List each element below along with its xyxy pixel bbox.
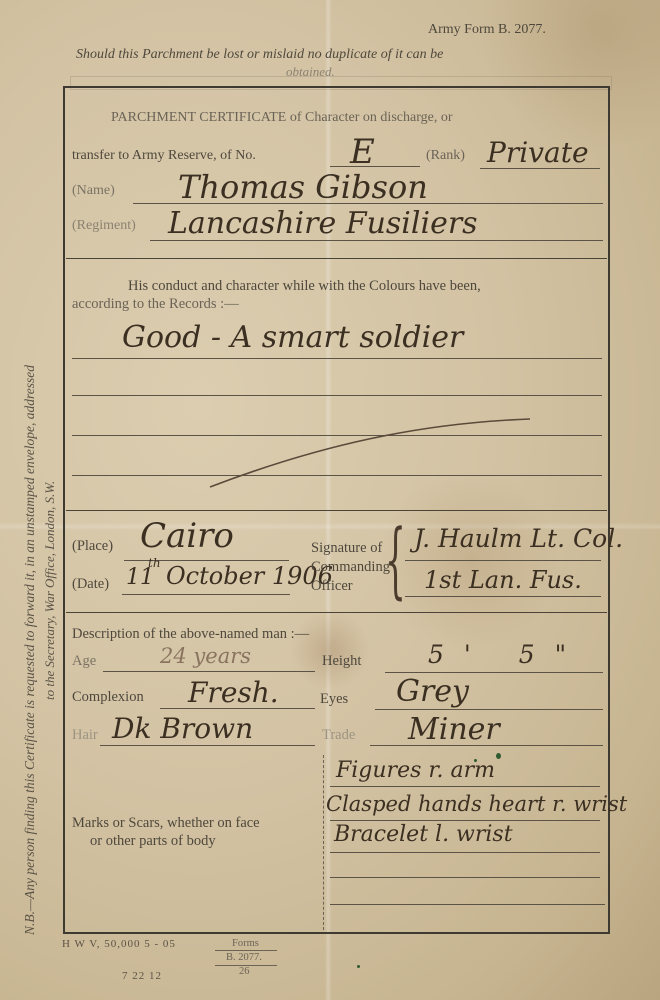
regiment-label: (Regiment)	[72, 218, 136, 234]
conduct-line-2: according to the Records :—	[72, 296, 239, 313]
footer-rule-1	[215, 950, 277, 951]
rank-label: (Rank)	[426, 148, 465, 164]
signature-brace: {	[385, 520, 406, 602]
signature-label-3: Officer	[311, 578, 353, 595]
conduct-line-1: His conduct and character while with the…	[128, 278, 481, 295]
place-value: Cairo	[140, 516, 234, 556]
hair-label: Hair	[72, 727, 98, 744]
hair-value: Dk Brown	[112, 712, 253, 745]
height-value: 5' 5"	[428, 640, 586, 669]
marks-label-2: or other parts of body	[90, 833, 216, 850]
date-value: October 1906	[166, 562, 333, 590]
name-label: (Name)	[72, 183, 115, 199]
unit-underline	[405, 596, 601, 597]
marks-underline-5	[330, 904, 605, 905]
service-number-value: E	[350, 132, 375, 172]
section-divider-1	[66, 258, 607, 259]
footer-printer: H W V, 50,000 5 - 05	[62, 938, 176, 950]
trade-label: Trade	[322, 727, 355, 744]
height-label: Height	[322, 653, 361, 670]
eyes-value: Grey	[396, 674, 469, 709]
marks-value-1: Figures r. arm	[336, 758, 495, 783]
marks-value-3: Bracelet l. wrist	[334, 822, 513, 847]
name-value: Thomas Gibson	[178, 168, 428, 206]
warning-line-1: Should this Parchment be lost or mislaid…	[76, 47, 443, 63]
cancellation-stroke	[200, 405, 540, 495]
conduct-line-a	[72, 358, 602, 359]
transfer-label: transfer to Army Reserve, of No.	[72, 148, 256, 164]
footer-forms: Forms	[232, 938, 259, 949]
warning-line-2: obtained.	[286, 64, 335, 80]
eyes-underline	[375, 709, 603, 710]
signature-value: J. Haulm Lt. Col.	[414, 524, 623, 553]
age-underline	[103, 671, 315, 672]
certificate-title: PARCHMENT CERTIFICATE of Character on di…	[111, 110, 452, 126]
footer-form-num: 26	[239, 966, 250, 977]
footer-form-ref: B. 2077.	[226, 952, 262, 963]
side-note-line-1: N.B.—Any person finding this Certificate…	[22, 365, 38, 935]
age-value: 24 years	[160, 644, 251, 668]
trade-value: Miner	[408, 712, 500, 747]
hair-underline	[100, 745, 315, 746]
section-divider-3	[66, 612, 607, 613]
marks-underline-3	[330, 852, 600, 853]
signature-underline	[405, 560, 601, 561]
marks-label-1: Marks or Scars, whether on face	[72, 815, 260, 832]
marks-underline-2	[330, 820, 600, 821]
conduct-line-b	[72, 395, 602, 396]
signature-label-1: Signature of	[311, 540, 382, 557]
form-number: Army Form B. 2077.	[428, 22, 546, 38]
age-label: Age	[72, 653, 96, 670]
footer-code: 7 22 12	[122, 970, 162, 982]
ink-spot	[496, 753, 501, 759]
marks-divider	[323, 755, 324, 930]
section-divider-2	[66, 510, 607, 511]
date-underline	[122, 594, 290, 595]
conduct-value: Good - A smart soldier	[122, 320, 463, 355]
side-note-line-2: to the Secretary, War Office, London, S.…	[42, 481, 58, 700]
number-underline	[330, 166, 420, 167]
rank-value: Private	[487, 136, 589, 169]
date-suffix: th	[148, 556, 161, 570]
eyes-label: Eyes	[320, 691, 348, 708]
place-label: (Place)	[72, 538, 113, 555]
date-label: (Date)	[72, 576, 109, 593]
height-underline	[385, 672, 603, 673]
marks-value-2: Clasped hands heart r. wrist	[326, 792, 627, 816]
marks-underline-1	[330, 786, 600, 787]
ink-spot	[357, 965, 360, 968]
ink-spot	[474, 759, 477, 762]
complexion-value: Fresh.	[188, 676, 279, 709]
description-heading: Description of the above-named man :—	[72, 626, 309, 643]
signature-label-2: Commanding	[311, 559, 390, 576]
marks-underline-4	[330, 877, 600, 878]
complexion-label: Complexion	[72, 689, 144, 706]
signature-unit-value: 1st Lan. Fus.	[424, 566, 582, 594]
regiment-value: Lancashire Fusiliers	[168, 206, 478, 241]
